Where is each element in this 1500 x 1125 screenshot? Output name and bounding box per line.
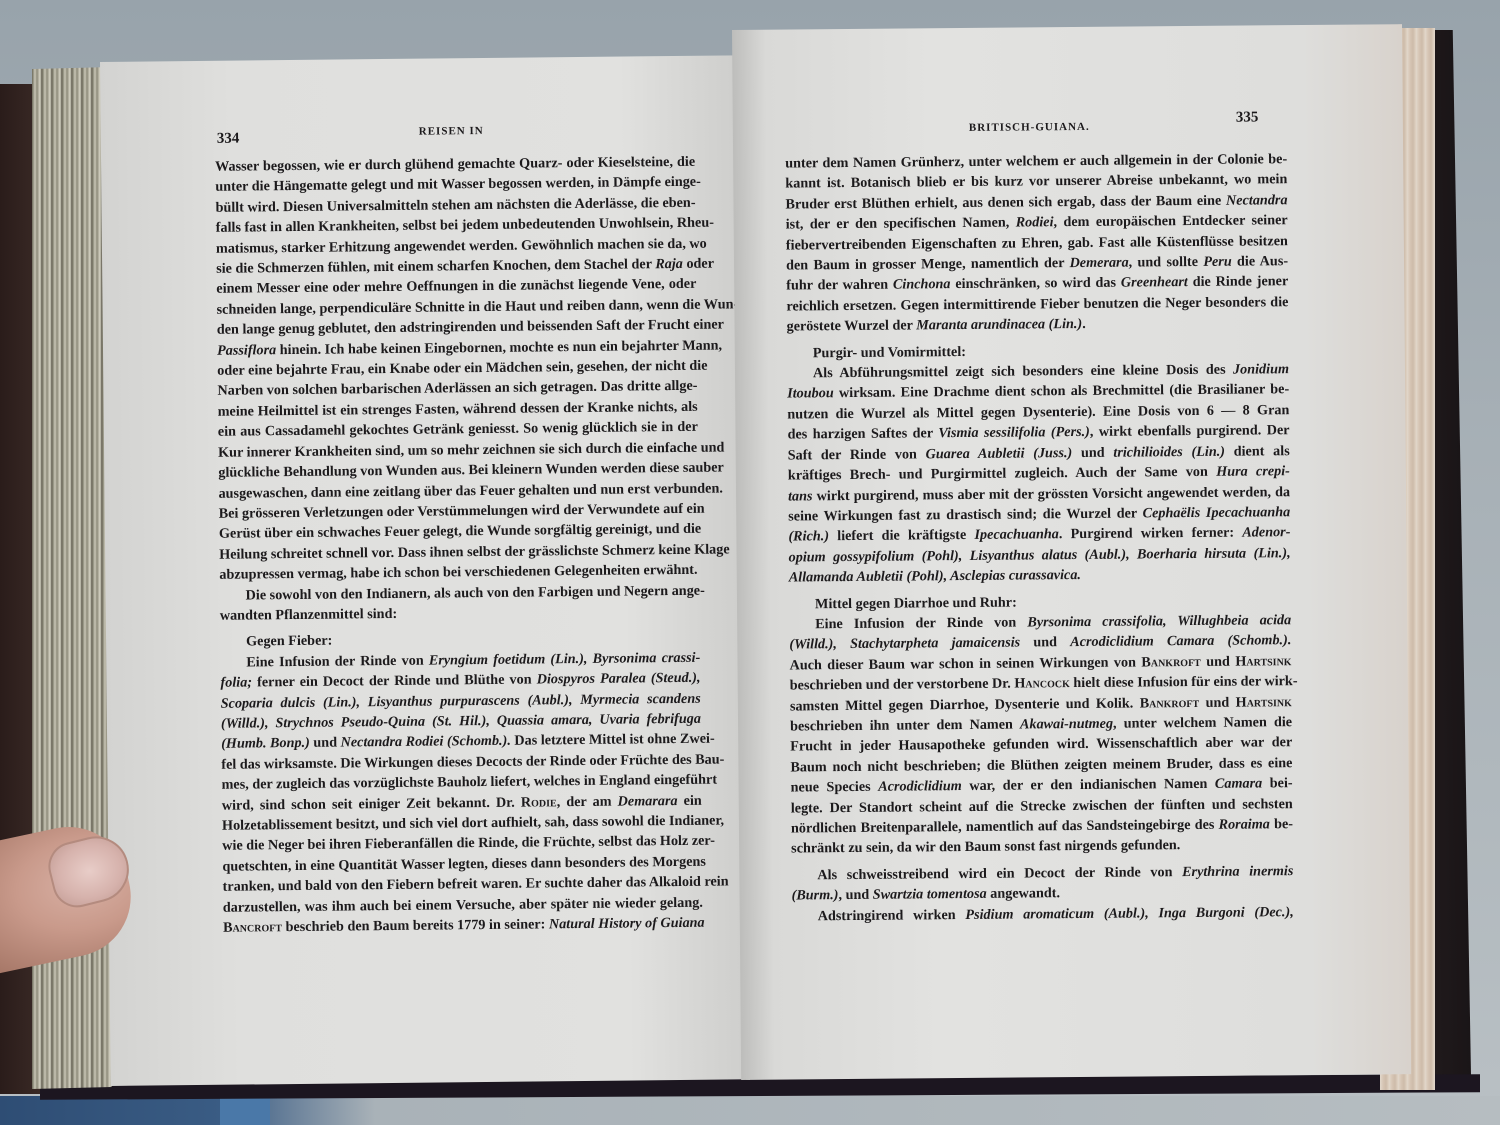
text-segment: wie die Neger bei ihren Fieberanfällen d…	[222, 833, 715, 854]
italic-term: Scoparia dulcis (Lin.), Lisyanthus purpu…	[221, 690, 701, 711]
small-caps-name: Bankroft	[1140, 695, 1200, 712]
text-segment: Adstringirend wirken	[818, 907, 966, 924]
italic-term: Acrodiclidium	[878, 778, 962, 795]
italic-term: Nectandra Rodiei (Schomb.).	[341, 733, 511, 751]
text-segment: Gegen Fieber:	[246, 633, 332, 650]
text-segment: Bei grösseren Verletzungen oder Verstümm…	[219, 501, 705, 522]
italic-term: Adenor-	[1242, 524, 1290, 540]
text-segment: nördlichen Breitenparallele, namentlich …	[791, 817, 1219, 837]
italic-term: Nectandra	[1226, 192, 1288, 209]
text-segment: beschrieben ihn unter dem Namen	[790, 716, 1020, 734]
text-line: wandten Pflanzenmittel sind:	[220, 601, 700, 626]
text-segment: Bruder erst Blüthen erhielt, aus denen s…	[785, 193, 1226, 213]
text-segment: Narben von solchen barbarischen Aderläss…	[217, 378, 697, 399]
text-segment: beschrieb den Baum bereits 1779 in seine…	[282, 916, 549, 935]
italic-term: Demarara	[618, 793, 678, 810]
right-page-text: unter dem Namen Grünherz, unter welchem …	[785, 149, 1294, 926]
italic-term: Camara	[1215, 776, 1262, 792]
italic-term: folia;	[220, 675, 252, 691]
text-segment: . Purgirend wirken ferner:	[1059, 525, 1243, 543]
text-segment: fiebervertreibenden Eigenschaften zu Ehr…	[786, 233, 1288, 253]
text-segment: abzupressen vermag, habe ich schon bei v…	[219, 562, 697, 583]
text-segment: , wirkt ebenfalls purgirend. Der	[1090, 422, 1290, 440]
text-segment: dient als	[1225, 443, 1290, 460]
page-number-right: 335	[1236, 109, 1259, 126]
text-line: Allamanda Aubletii (Pohl), Asclepias cur…	[789, 563, 1291, 588]
text-segment: schränkt zu sein, da wir den Baum sonst …	[791, 838, 1180, 857]
text-segment: mes, der zugleich das vorzüglichste Bauh…	[221, 772, 717, 793]
italic-term: Passiflora	[217, 342, 276, 359]
text-segment: geröstete Wurzel der	[787, 318, 917, 335]
text-segment: hinein. Ich habe keinen Eingebornen, moc…	[276, 337, 722, 358]
text-segment: oder	[683, 256, 714, 272]
text-segment: , der am	[557, 793, 618, 810]
text-segment: einem Messer eine oder mehre Oeffnungen …	[216, 276, 696, 297]
text-segment: ist, der er den specifischen Namen,	[786, 215, 1016, 233]
italic-term: Cinchona	[893, 277, 951, 294]
italic-term: Natural History of Guiana	[549, 915, 705, 933]
text-segment: Eine Infusion der Rinde von	[246, 652, 429, 670]
text-segment: wirksam. Eine Drachme dient schon als Br…	[834, 382, 1290, 402]
text-segment: glückliche Behandlung von Wunden aus. Be…	[218, 460, 724, 481]
text-segment: nutzen die Wurzel als Mittel gegen Dysen…	[787, 402, 1289, 422]
text-line: Adstringirend wirken Psidium aromaticum …	[792, 902, 1294, 927]
text-segment: seine Wirkungen fast zu drastisch sind; …	[788, 505, 1143, 524]
italic-term: Swartzia tomentosa	[873, 886, 987, 903]
text-segment: war, der er den indianischen Namen	[962, 776, 1215, 794]
text-segment: und	[1072, 444, 1113, 460]
text-segment: falls fast in allen Krankheiten, selbst …	[216, 215, 714, 236]
text-segment: be-	[1270, 816, 1293, 832]
text-segment: wandten Pflanzenmittel sind:	[220, 606, 398, 624]
italic-term: (Willd.), Stachytarpheta jamaicensis	[789, 635, 1020, 653]
italic-term: tans	[788, 488, 813, 504]
italic-term: Diospyros Paralea (Steud.),	[537, 670, 701, 688]
text-segment: oder eine bejahrte Frau, ein Knabe oder …	[217, 358, 707, 379]
italic-term: Roraima	[1219, 816, 1270, 832]
italic-term: Byrsonima crassifolia, Willughbeia acida	[1027, 612, 1291, 630]
text-segment: kräftiges Brech- und Purgirmittel zuglei…	[788, 464, 1216, 484]
left-page-text: Wasser begossen, wie er durch glühend ge…	[215, 152, 703, 938]
text-segment: büllt wird. Diesen Universalmitteln steh…	[215, 195, 695, 216]
text-segment: Frucht in jeder Hausapotheke gefunden wi…	[790, 735, 1292, 755]
italic-term: Peru	[1203, 254, 1232, 270]
text-segment: , dem europäischen Entdecker seiner	[1053, 212, 1287, 230]
text-segment: ausgewaschen, dann eine zeitlang über da…	[218, 480, 723, 501]
text-segment: reichlich ersetzen. Gegen intermittirend…	[786, 294, 1288, 314]
text-segment: neue Species	[791, 779, 879, 796]
text-segment: kannt ist. Botanisch blieb er bis kurz v…	[785, 172, 1287, 192]
text-segment: samsten Mittel gegen Diarrhoe, Dysenteri…	[790, 695, 1140, 714]
text-segment: meine Heilmittel ist ein strenges Fasten…	[218, 399, 698, 420]
text-segment: , und	[838, 887, 872, 903]
text-segment: Saft der Rinde von	[788, 446, 926, 463]
text-segment: ein	[677, 792, 701, 808]
text-segment: des harzigen Saftes der	[787, 425, 938, 442]
small-caps-name: Bankroft	[1141, 654, 1201, 671]
text-segment: ein aus Cassadamehl gekochtes Getränk ge…	[218, 419, 698, 440]
text-segment: Mittel gegen Diarrhoe und Ruhr:	[815, 594, 1017, 612]
italic-term: Raja	[655, 256, 683, 272]
text-segment: Holzetablissement besitzt, und sich viel…	[222, 813, 724, 834]
text-segment: matismus, starker Erhitzung angewendet w…	[216, 235, 707, 256]
italic-term: (Humb. Bonp.)	[221, 735, 310, 752]
small-caps-name: Hartsink	[1235, 653, 1291, 669]
italic-term: Jonidium	[1233, 361, 1289, 377]
small-caps-name: Hartsink	[1236, 694, 1292, 710]
text-line: Bancroft beschrieb den Baum bereits 1779…	[223, 913, 703, 938]
text-segment: Wasser begossen, wie er durch glühend ge…	[215, 154, 695, 175]
italic-term: trichilioides (Lin.)	[1113, 443, 1225, 460]
text-segment: und	[1020, 634, 1070, 650]
text-segment: Als Abführungsmittel zeigt sich besonder…	[813, 362, 1233, 382]
text-segment: Auch dieser Baum war schon in seinen Wir…	[789, 654, 1141, 673]
text-segment: hielt diese Infusion für eins der wirk-	[1070, 673, 1298, 691]
text-segment: beschrieben und der verstorbene Dr.	[790, 676, 1015, 694]
text-segment: einschränken, so wird das	[950, 275, 1120, 292]
italic-term: Akawai-nutmeg	[1020, 716, 1113, 733]
text-segment: wird, sind schon seit einiger Zeit bekan…	[222, 794, 521, 813]
text-segment: Purgir- und Vomirmittel:	[813, 344, 966, 361]
text-segment: , und sollte	[1129, 254, 1204, 271]
text-segment: , unter welchem Namen die	[1113, 714, 1292, 732]
italic-term: (Rich.)	[788, 528, 829, 544]
italic-term: Psidium aromaticum (Aubl.), Inga Burgoni…	[965, 904, 1293, 923]
italic-term: Rodiei	[1016, 214, 1054, 230]
text-segment: Das letztere Mittel ist ohne Zwei-	[511, 731, 715, 749]
text-line: schränkt zu sein, da wir den Baum sonst …	[791, 835, 1293, 860]
italic-term: Acrodiclidium Camara (Schomb.).	[1070, 632, 1291, 650]
text-segment: quetschten, in eine Quantität Wasser leg…	[222, 854, 706, 875]
text-segment: Kur innerer Krankheiten sind, um so mehr…	[218, 439, 724, 460]
italic-term: Allamanda Aubletii (Pohl), Asclepias cur…	[789, 567, 1081, 586]
text-segment: ferner ein Decoct der Rinde und Blüthe v…	[252, 672, 537, 691]
italic-term: (Burm.)	[791, 887, 838, 903]
text-segment: Eine Infusion der Rinde von	[815, 614, 1027, 632]
text-segment: legte. Der Standort scheint auf die Stre…	[791, 796, 1293, 816]
italic-term: Ipecachuanha	[974, 526, 1058, 543]
text-segment: und	[310, 735, 341, 751]
text-segment: fel das wirksamste. Die Wirkungen dieses…	[221, 751, 724, 772]
text-segment: Die sowohl von den Indianern, als auch v…	[246, 582, 705, 603]
text-segment: den Baum in grosser Menge, namentlich de…	[786, 255, 1070, 273]
left-page: 334 REISEN IN Wasser begossen, wie er du…	[100, 55, 761, 1086]
italic-term: (Willd.), Strychnos Pseudo-Quina (St. Hi…	[221, 711, 701, 732]
small-caps-name: Bancroft	[223, 919, 282, 936]
text-segment: .	[1082, 316, 1086, 332]
italic-term: opium gossypifolium (Pohl), Lisyanthus a…	[789, 545, 1291, 565]
text-segment: unter die Hängematte gelegt und mit Wass…	[215, 174, 701, 195]
text-segment: und	[1201, 653, 1236, 669]
page-number-left: 334	[217, 131, 240, 148]
italic-term: Greenheart	[1121, 274, 1188, 291]
text-segment: unter dem Namen Grünherz, unter welchem …	[785, 151, 1287, 171]
text-segment: und	[1199, 694, 1236, 710]
italic-term: Maranta arundinacea (Lin.)	[916, 316, 1082, 333]
blue-object	[220, 1095, 270, 1125]
text-segment: darzustellen, was ihm auch bei einem Ver…	[223, 894, 703, 915]
small-caps-name: Hancock	[1014, 675, 1070, 691]
text-segment: angewandt.	[987, 885, 1060, 902]
running-head-right: BRITISCH-GUIANA.	[969, 121, 1090, 134]
text-segment: liefert die kräftigste	[829, 527, 975, 544]
italic-term: Itoubou	[787, 386, 834, 402]
text-segment: die Rinde jener	[1188, 274, 1289, 291]
right-page: BRITISCH-GUIANA. 335 unter dem Namen Grü…	[732, 24, 1411, 1080]
italic-term: Cephaëlis Ipecachuanha	[1143, 504, 1291, 521]
italic-term: Eryngium foetidum (Lin.), Byrsonima cras…	[429, 649, 701, 668]
running-head-left: REISEN IN	[419, 125, 484, 138]
text-segment: fuhr der wahren	[786, 277, 893, 294]
italic-term: Guarea Aubletii (Juss.)	[926, 445, 1073, 462]
text-segment: sie die Schmerzen fühlen, mit einem scha…	[216, 256, 655, 277]
small-caps-name: Rodie	[521, 794, 557, 810]
text-segment: tranken, und bald von den Fiebern befrei…	[223, 874, 729, 895]
italic-term: Erythrina inermis	[1182, 863, 1293, 880]
text-segment: wirkt purgirend, muss aber mit der gröss…	[812, 484, 1290, 504]
text-segment: den lange genug geblutet, den adstringir…	[217, 317, 724, 338]
text-segment: Heilung schreitet schnell vor. Dass ihne…	[219, 541, 730, 562]
italic-term: Hura crepi-	[1216, 463, 1290, 480]
text-segment: Baum noch nicht beschrieben; die Blüthen…	[790, 755, 1292, 775]
text-line: geröstete Wurzel der Maranta arundinacea…	[787, 312, 1289, 337]
text-segment: bei-	[1262, 775, 1293, 791]
italic-term: Vismia sessilifolia (Pers.)	[938, 424, 1090, 441]
italic-term: Demerara	[1069, 255, 1128, 272]
text-segment: die Aus-	[1232, 253, 1288, 269]
text-segment: Als schweisstreibend wird ein Decoct der…	[817, 864, 1182, 883]
text-segment: Gerüst über ein schwaches Feuer gelegt, …	[219, 521, 701, 542]
